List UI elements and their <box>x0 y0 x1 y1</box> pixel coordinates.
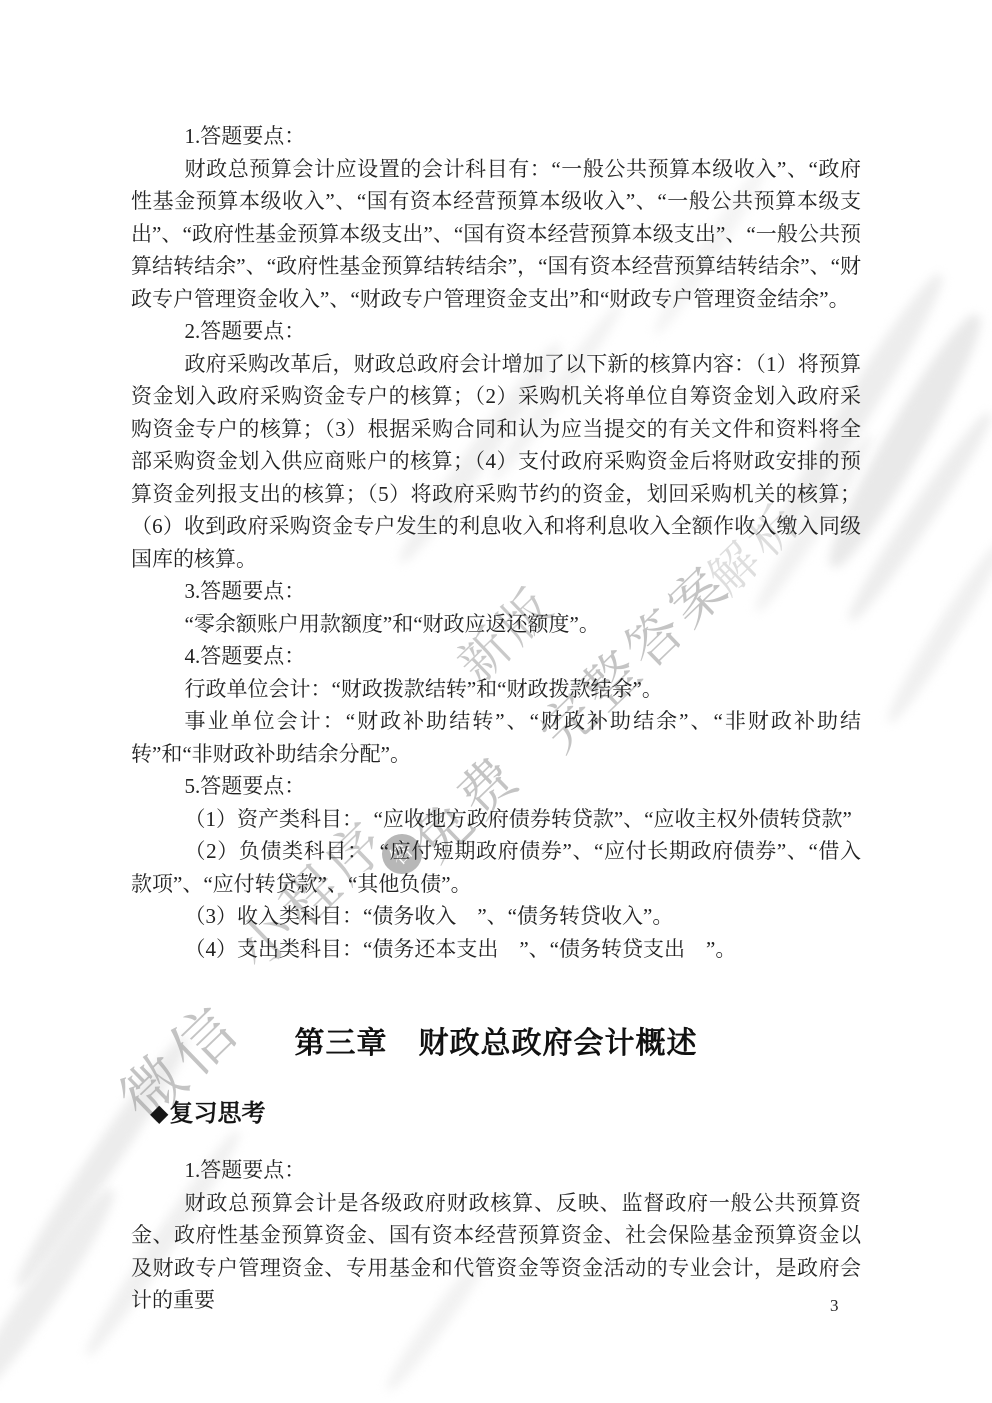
point-heading: 3.答题要点： <box>131 575 861 608</box>
page-number: 3 <box>830 1296 839 1316</box>
paragraph: “零余额账户用款额度”和“财政应返还额度”。 <box>131 608 861 641</box>
diamond-icon: ◆ <box>150 1101 168 1127</box>
paragraph: 财政总预算会计应设置的会计科目有：“一般公共预算本级收入”、“政府性基金预算本级… <box>131 153 861 316</box>
chapter-heading: 第三章 财政总政府会计概述 <box>0 1026 992 1062</box>
point-heading: 4.答题要点： <box>131 640 861 673</box>
answers-section: 1.答题要点：财政总预算会计应设置的会计科目有：“一般公共预算本级收入”、“政府… <box>131 120 861 965</box>
paragraph: 财政总预算会计是各级政府财政核算、反映、监督政府一般公共预算资金、政府性基金预算… <box>131 1187 861 1317</box>
sub-item: （4）支出类科目：“债务还本支出 ”、“债务转贷支出 ”。 <box>131 933 861 966</box>
review-section-label: 复习思考 <box>169 1101 265 1127</box>
document-page: 微信小程序答免费新版完整答案解析 1.答题要点：财政总预算会计应设置的会计科目有… <box>0 0 992 1403</box>
paragraph: 事业单位会计：“财政补助结转”、“财政补助结余”、“非财政补助结转”和“非财政补… <box>131 705 861 770</box>
sub-item: （2）负债类科目： “应付短期政府债券”、“应付长期政府债券”、“借入款项”、“… <box>131 835 861 900</box>
review-section-heading: ◆复习思考 <box>150 1099 265 1129</box>
point-heading: 1.答题要点： <box>131 120 861 153</box>
point-heading: 2.答题要点： <box>131 315 861 348</box>
point-heading: 1.答题要点： <box>131 1154 861 1187</box>
paragraph: 政府采购改革后，财政总政府会计增加了以下新的核算内容：（1）将预算资金划入政府采… <box>131 348 861 576</box>
sub-item: （3）收入类科目：“债务收入 ”、“债务转贷收入”。 <box>131 900 861 933</box>
review-answers-section: 1.答题要点：财政总预算会计是各级政府财政核算、反映、监督政府一般公共预算资金、… <box>131 1154 861 1317</box>
point-heading: 5.答题要点： <box>131 770 861 803</box>
sub-item: （1）资产类科目： “应收地方政府债券转贷款”、“应收主权外债转贷款” <box>131 803 861 836</box>
paragraph: 行政单位会计：“财政拨款结转”和“财政拨款结余”。 <box>131 673 861 706</box>
